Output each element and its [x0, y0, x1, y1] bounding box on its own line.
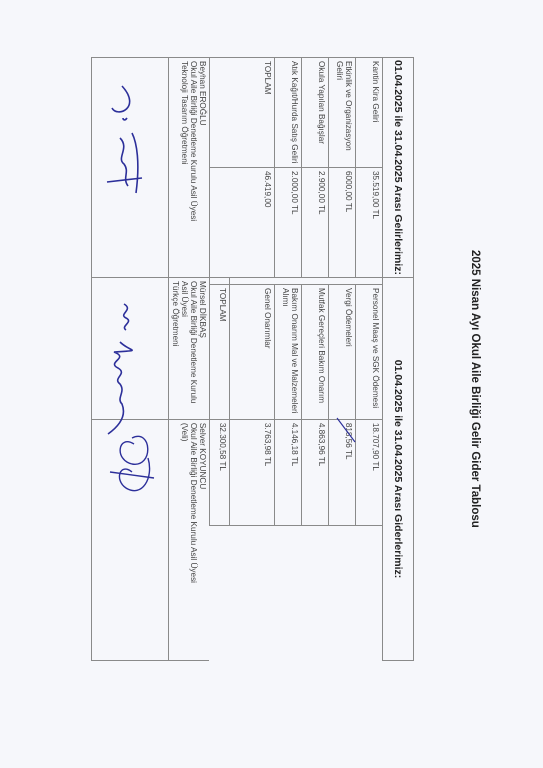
signatory-3: Selver KOYUNCU Okul Aile Birliği Denetle… — [169, 419, 210, 660]
table-row: Kantin Kira Geliri 35.519,00 TL Personel… — [356, 58, 383, 661]
expense-label: Genel Onarımlar — [230, 285, 275, 420]
expense-amount: 3.763,98 TL — [230, 419, 275, 525]
expense-heading: 01.04.2025 ile 31.04.2025 Arası Giderler… — [383, 278, 414, 661]
expense-total-label: TOPLAM — [210, 285, 230, 420]
expense-amount: 18.707,90 TL — [356, 419, 383, 525]
expense-label: Mutfak Gereçleri Bakım Onarım — [302, 285, 329, 420]
signatory-role: Okul Aile Birliği Denetleme Kurulu Asil … — [189, 423, 198, 657]
scanned-document-page: 2025 Nisan Ayı Okul Aile Birliği Gelir G… — [0, 0, 543, 768]
expense-label: Vergi Ödemeleri — [329, 285, 356, 420]
signatory-name: Selver KOYUNCU — [198, 423, 207, 657]
signatory-role: Okul Aile Birliği Denetleme Kurulu Asil … — [180, 281, 198, 416]
signatory-name: Beyhan EROĞLU — [198, 61, 207, 274]
income-total-amount: 46.419,00 — [210, 168, 275, 278]
signature-icon — [102, 78, 162, 258]
income-total-label: TOPLAM — [210, 58, 275, 168]
signature-box-3 — [92, 419, 169, 660]
income-label: Etkinlik ve Organizasyon Geliri — [329, 58, 356, 168]
signatory-title: Teknoloji Tasarım Öğretmeni — [180, 61, 189, 274]
income-amount: 2.000,00 TL — [275, 168, 302, 278]
income-label: Kantin Kira Geliri — [356, 58, 383, 168]
signatory-role: Okul Aile Birliği Denetleme Kurulu Asil … — [189, 61, 198, 274]
signature-box-1 — [92, 58, 169, 278]
signature-box-2 — [92, 278, 169, 420]
document-title: 2025 Nisan Ayı Okul Aile Birliği Gelir G… — [469, 250, 481, 520]
expense-amount: 4.863,96 TL — [302, 419, 329, 525]
expense-total-amount: 32.300,58 TL — [210, 419, 230, 525]
income-label: Atık Kağıt/Hurda Satış Geliri — [275, 58, 302, 168]
expense-amount: 818,56 TL — [329, 419, 356, 525]
income-amount: 35.519,00 TL — [356, 168, 383, 278]
signatory-title: (Veli) — [180, 423, 189, 657]
income-label: Okula Yapılan Bağışlar — [302, 58, 329, 168]
expense-label: Bakım Onarım Mal ve Malzemeleri Alımı — [275, 285, 302, 420]
expense-label: Personel Maaş ve SGK Ödemesi — [356, 285, 383, 420]
signatory-2: Mürsel DİKBAŞ Okul Aile Birliği Denetlem… — [169, 278, 210, 420]
signatory-1: Beyhan EROĞLU Okul Aile Birliği Denetlem… — [169, 58, 210, 278]
income-amount: 2.900,00 TL — [302, 168, 329, 278]
signature-icon — [102, 428, 162, 548]
signatory-title: Türkçe Öğretmeni — [171, 281, 180, 416]
pen-stroke-icon — [335, 416, 357, 446]
income-amount: 6000,00 TL — [329, 168, 356, 278]
income-expense-table: 01.04.2025 ile 31.04.2025 Arası Gelirler… — [91, 57, 414, 661]
expense-amount: 4.146,18 TL — [275, 419, 302, 525]
signatory-name: Mürsel DİKBAŞ — [198, 281, 207, 416]
income-heading: 01.04.2025 ile 31.04.2025 Arası Gelirler… — [383, 58, 414, 278]
